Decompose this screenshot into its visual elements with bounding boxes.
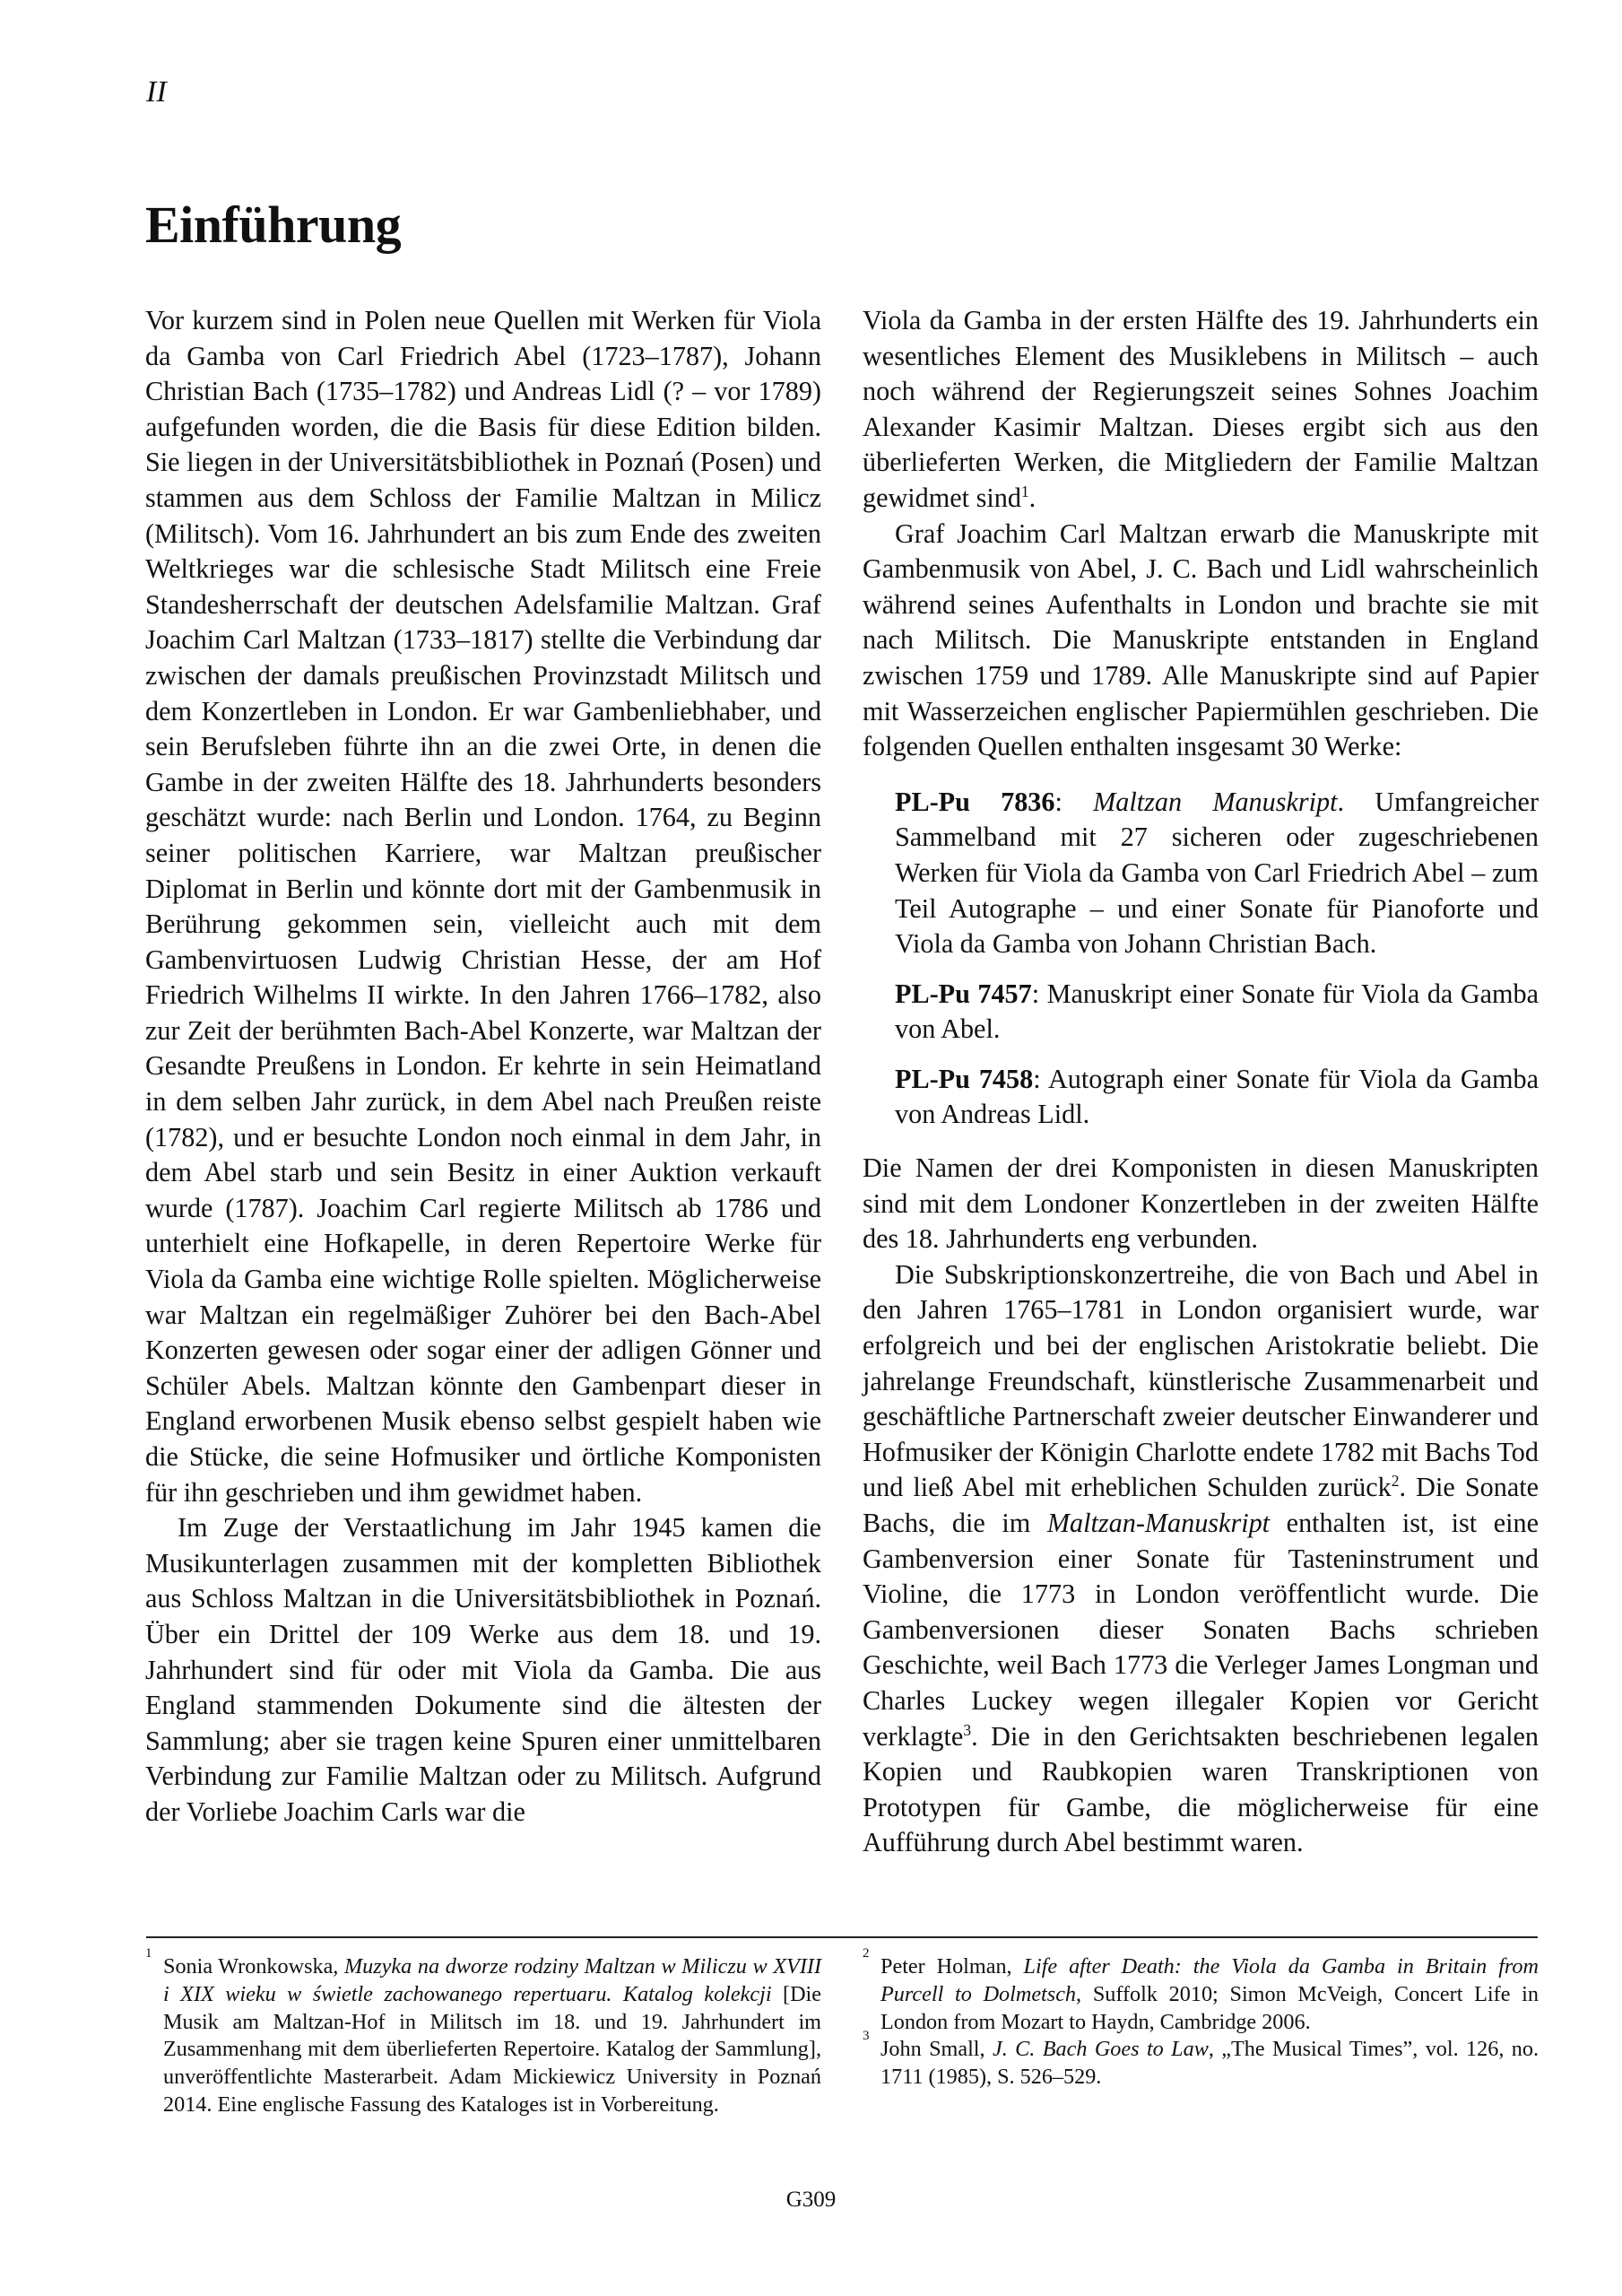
folio-page-number: G309 [0,2188,1622,2211]
left-column: Vor kurzem sind in Polen neue Quellen mi… [145,303,821,1831]
right-column: Viola da Gamba in der ersten Hälfte des … [863,303,1539,1861]
source-title: Maltzan Manuskript [1093,787,1337,817]
paragraph-text: . [1029,483,1037,513]
source-separator: : [1032,978,1047,1009]
paragraph-text: Die Subskriptionskonzertreihe, die von B… [863,1259,1539,1503]
paragraph: Vor kurzem sind in Polen neue Quellen mi… [145,303,821,1510]
italic-title: Maltzan-Manuskript [1047,1508,1270,1538]
source-separator: : [1054,787,1093,817]
footnote: 2Peter Holman, Life after Death: the Vio… [863,1953,1539,2036]
source-siglum: PL-Pu 7836 [895,787,1054,817]
paragraph: Im Zuge der Verstaatlichung im Jahr 1945… [145,1510,821,1830]
footnote-number: 1 [145,1947,152,1961]
footnote-divider [146,1936,1538,1938]
footnotes-left: 1Sonia Wronkowska, Muzyka na dworze rodz… [145,1953,821,2119]
source-separator: : [1033,1064,1048,1094]
footnote-ref[interactable]: 1 [1021,483,1029,500]
paragraph: Graf Joachim Carl Maltzan erwarb die Man… [863,517,1539,765]
paragraph-text: Viola da Gamba in der ersten Hälfte des … [863,305,1539,513]
footnote-author: Peter Holman, [880,1954,1024,1979]
page-title: Einführung [145,199,401,251]
source-entry: PL-Pu 7458: Autograph einer Sonate für V… [895,1062,1539,1133]
footnote-ref[interactable]: 3 [963,1721,971,1739]
footnote-title: J. C. Bach Goes to Law [993,2037,1209,2061]
source-siglum: PL-Pu 7458 [895,1064,1033,1094]
paragraph-text: . Die in den Gerichtsakten beschriebenen… [863,1721,1539,1858]
footnote: 1Sonia Wronkowska, Muzyka na dworze rodz… [145,1953,821,2119]
footnote-number: 2 [863,1947,870,1961]
footnote-author: Sonia Wronkowska, [163,1954,344,1979]
page-number-header: II [146,77,167,108]
paragraph-text: enthalten ist, ist eine Gambenver­sion e… [863,1508,1539,1752]
footnotes-right: 2Peter Holman, Life after Death: the Vio… [863,1953,1539,2092]
footnote: 3John Small, J. C. Bach Goes to Law, „Th… [863,2036,1539,2092]
paragraph: Die Namen der drei Komponisten in diesen… [863,1151,1539,1257]
paragraph: Die Subskriptionskonzertreihe, die von B… [863,1257,1539,1861]
source-siglum: PL-Pu 7457 [895,978,1032,1009]
source-entry: PL-Pu 7457: Manuskript einer Sonate für … [895,977,1539,1048]
footnote-number: 3 [863,2030,870,2043]
footnote-ref[interactable]: 2 [1392,1472,1400,1490]
footnote-author: John Small, [880,2037,993,2061]
paragraph: Viola da Gamba in der ersten Hälfte des … [863,303,1539,517]
source-entry: PL-Pu 7836: Maltzan Manuskript. Umfangre… [895,785,1539,962]
